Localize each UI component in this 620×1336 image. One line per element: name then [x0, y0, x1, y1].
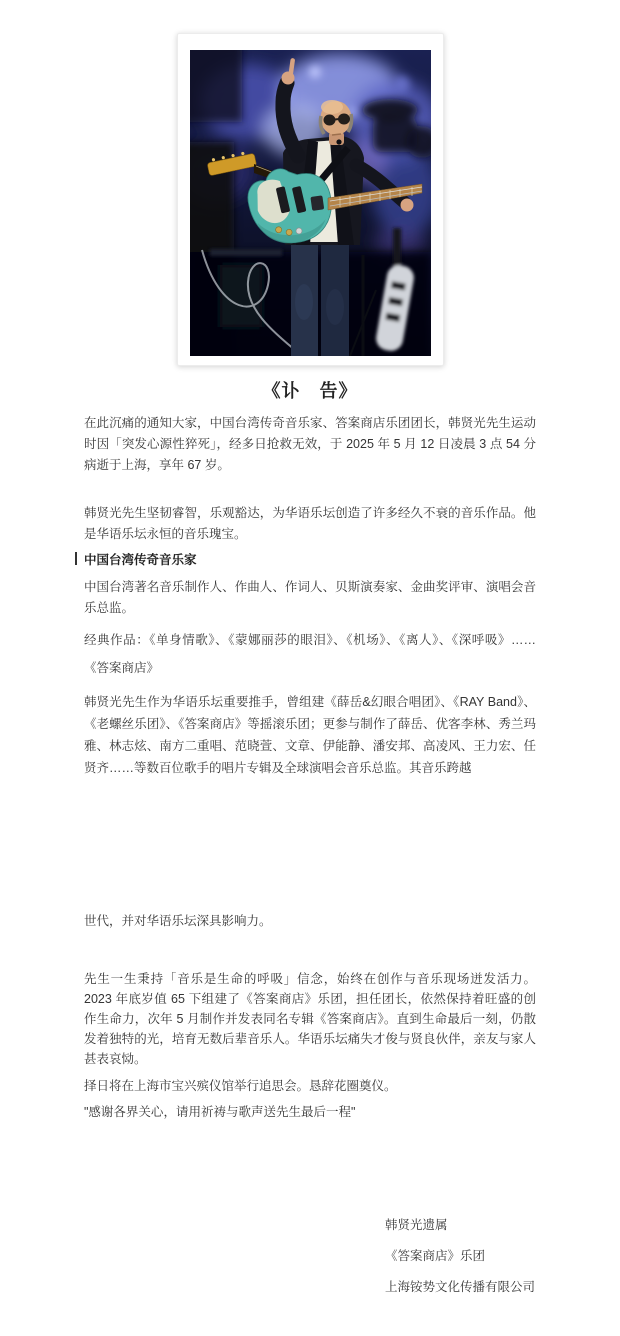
memorial-photo-frame [177, 33, 444, 366]
paragraph-career: 韩贤光先生作为华语乐坛重要推手，曾组建《薛岳&幻眼合唱团》、《RAY Band》… [84, 691, 536, 779]
paragraph-announcement: 在此沉痛的通知大家，中国台湾传奇音乐家、答案商店乐团团长，韩贤光先生运动时因「突… [84, 413, 536, 476]
obituary-article: 《讣 告》 在此沉痛的通知大家，中国台湾传奇音乐家、答案商店乐团团长，韩贤光先生… [0, 0, 620, 1336]
paragraph-roles: 中国台湾著名音乐制作人、作曲人、作词人、贝斯演奏家、金曲奖评审、演唱会音乐总监。 [84, 577, 536, 619]
paragraph-belief: 先生一生秉持「音乐是生命的呼吸」信念，始终在创作与音乐现场迸发活力。2023 年… [84, 969, 536, 1069]
signature-company: 上海铵势文化传播有限公司 [385, 1277, 536, 1298]
notice-body: 在此沉痛的通知大家，中国台湾传奇音乐家、答案商店乐团团长，韩贤光先生运动时因「突… [84, 413, 536, 1298]
notice-title: 《讣 告》 [0, 379, 620, 403]
heading-bar-icon [75, 552, 77, 565]
signature-block: 韩贤光遗属 《答案商店》乐团 上海铵势文化传播有限公司 [84, 1215, 536, 1298]
stage-performance-photo [190, 50, 431, 356]
paragraph-career-continued: 世代，并对华语乐坛深具影响力。 [84, 911, 536, 932]
section-heading-label: 中国台湾传奇音乐家 [84, 553, 197, 567]
paragraph-memorial-service: 择日将在上海市宝兴殡仪馆举行追思会。恳辞花圈奠仪。 [84, 1076, 536, 1097]
paragraph-tribute: 韩贤光先生坚韧睿智，乐观豁达，为华语乐坛创造了许多经久不衰的音乐作品。他是华语乐… [84, 503, 536, 545]
signature-family: 韩贤光遗属 [385, 1215, 536, 1236]
blank-gap [84, 779, 536, 911]
signature-band: 《答案商店》乐团 [385, 1246, 536, 1267]
paragraph-quote: "感谢各界关心，请用祈祷与歌声送先生最后一程" [84, 1102, 536, 1123]
paragraph-classic-works: 经典作品：《单身情歌》、《蒙娜丽莎的眼泪》、《机场》、《离人》、《深呼吸》……《… [84, 626, 536, 682]
section-heading: 中国台湾传奇音乐家 [84, 550, 536, 571]
